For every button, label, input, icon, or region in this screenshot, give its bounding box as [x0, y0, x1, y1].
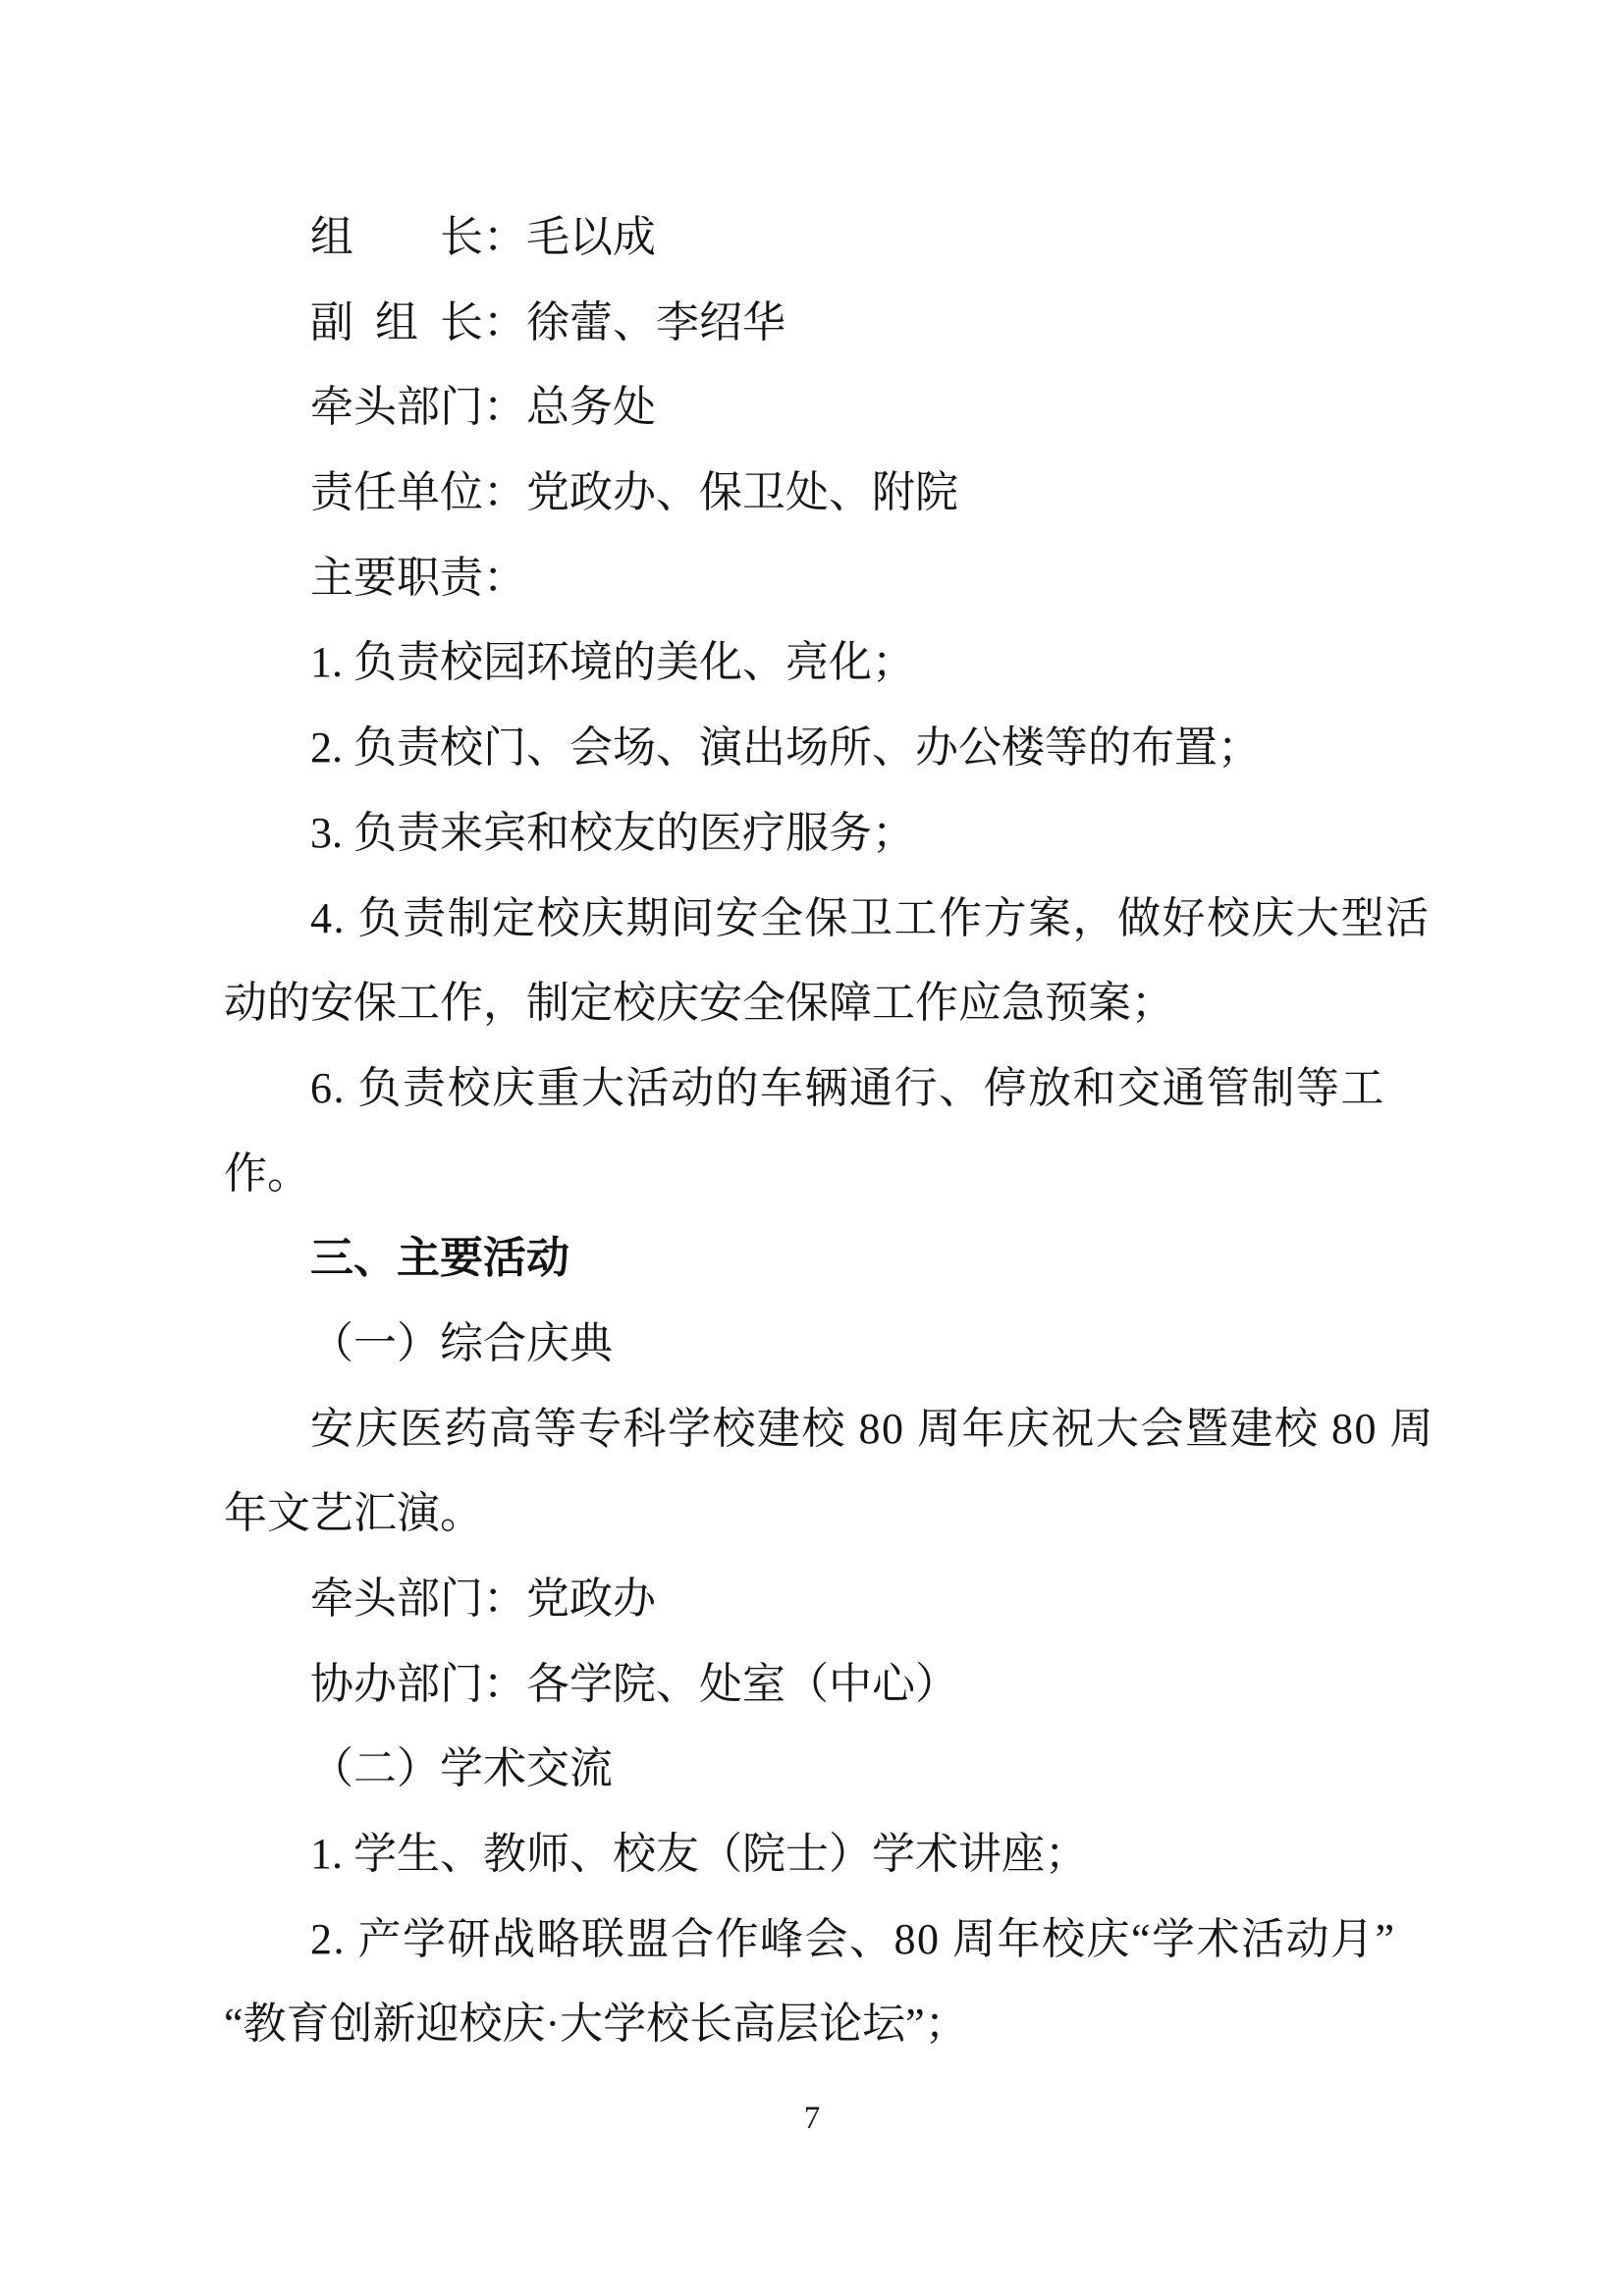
- text-line: 牵头部门：党政办: [224, 1557, 1402, 1642]
- text-line: 组长：毛以成: [224, 195, 1402, 281]
- justified-label: 副组长: [310, 281, 483, 366]
- text-line: 1. 负责校园环境的美化、亮化；: [224, 620, 1402, 706]
- text-line: 动的安保工作，制定校庆安全保障工作应急预案；: [224, 961, 1402, 1046]
- justified-label: 组长: [310, 195, 483, 281]
- line-text: ：毛以成: [483, 213, 656, 261]
- text-line: （一）综合庆典: [224, 1302, 1402, 1387]
- text-line: 协办部门：各学院、处室（中心）: [224, 1642, 1402, 1728]
- text-line: 3. 负责来宾和校友的医疗服务；: [224, 791, 1402, 877]
- document-page: 组长：毛以成副组长：徐蕾、李绍华牵头部门：总务处责任单位：党政办、保卫处、附院主…: [0, 0, 1624, 2296]
- text-line: 6. 负责校庆重大活动的车辆通行、停放和交通管制等工: [224, 1046, 1402, 1132]
- text-line: 作。: [224, 1132, 1402, 1217]
- text-line: 牵头部门：总务处: [224, 365, 1402, 451]
- page-footer: 7: [0, 2097, 1624, 2140]
- text-line: 副组长：徐蕾、李绍华: [224, 281, 1402, 366]
- text-line: 年文艺汇演。: [224, 1471, 1402, 1557]
- text-line: 安庆医药高等专科学校建校 80 周年庆祝大会暨建校 80 周: [224, 1387, 1402, 1472]
- text-line: 2. 产学研战略联盟合作峰会、80 周年校庆“学术活动月”: [224, 1897, 1402, 1983]
- section-heading-line: 三、主要活动: [224, 1216, 1402, 1302]
- text-line: 4. 负责制定校庆期间安全保卫工作方案，做好校庆大型活: [224, 877, 1402, 962]
- text-line: 主要职责：: [224, 536, 1402, 621]
- text-line: （二）学术交流: [224, 1727, 1402, 1812]
- document-body: 组长：毛以成副组长：徐蕾、李绍华牵头部门：总务处责任单位：党政办、保卫处、附院主…: [224, 195, 1402, 2067]
- text-line: 1. 学生、教师、校友（院士）学术讲座；: [224, 1812, 1402, 1897]
- text-line: “教育创新迎校庆·大学校长高层论坛”；: [224, 1982, 1402, 2067]
- text-line: 2. 负责校门、会场、演出场所、办公楼等的布置；: [224, 706, 1402, 791]
- page-number: 7: [804, 2101, 821, 2136]
- text-line: 责任单位：党政办、保卫处、附院: [224, 451, 1402, 536]
- line-text: ：徐蕾、李绍华: [483, 298, 785, 347]
